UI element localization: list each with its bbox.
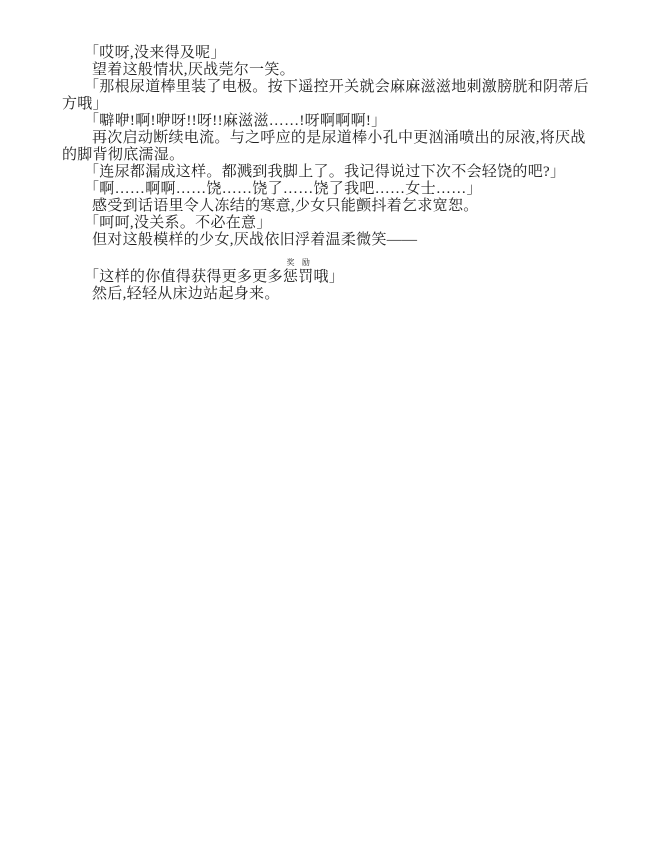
text-block: 「哎呀,没来得及呢」望着这般情状,厌战莞尔一笑。「那根尿道棒里装了电极。按下遥控… [62, 45, 614, 303]
text-line-narrative: 再次启动断续电流。与之呼应的是尿道棒小孔中更汹涌喷出的尿液,将厌战 [62, 130, 614, 147]
ruby-annotation: 奖励 [283, 259, 314, 267]
ruby-annotated-word: 惩罚奖励 [283, 269, 314, 286]
text-line-narrative: 然后,轻轻从床边站起身来。 [62, 286, 614, 303]
text-line-dialogue: 「这样的你值得获得更多更多惩罚奖励哦」 [62, 269, 614, 286]
text-line-dialogue: 「噼咿!啊!咿呀!!呀!!麻滋滋……!呀啊啊啊!」 [62, 113, 614, 130]
text-line-dialogue: 「啊……啊啊……饶……饶了……饶了我吧……女士……」 [62, 181, 614, 198]
text-line-dialogue: 「连尿都漏成这样。都溅到我脚上了。我记得说过下次不会轻饶的吧?」 [62, 164, 614, 181]
text-line-dialogue: 「那根尿道棒里装了电极。按下遥控开关就会麻麻滋滋地刺激膀胱和阴蒂后 [62, 79, 614, 96]
text-line-continuation: 方哦」 [62, 96, 614, 113]
text-line-narrative: 望着这般情状,厌战莞尔一笑。 [62, 62, 614, 79]
text-line-narrative: 但对这般模样的少女,厌战依旧浮着温柔微笑—— [62, 232, 614, 249]
text-line-dialogue: 「呵呵,没关系。不必在意」 [62, 215, 614, 232]
text-line-narrative: 感受到话语里令人冻结的寒意,少女只能颤抖着乞求宽恕。 [62, 198, 614, 215]
paragraph-spacer [62, 249, 614, 269]
text-line-continuation: 的脚背彻底濡湿。 [62, 147, 614, 164]
document-page: 「哎呀,没来得及呢」望着这般情状,厌战莞尔一笑。「那根尿道棒里装了电极。按下遥控… [0, 0, 650, 850]
text-line-dialogue: 「哎呀,没来得及呢」 [62, 45, 614, 62]
